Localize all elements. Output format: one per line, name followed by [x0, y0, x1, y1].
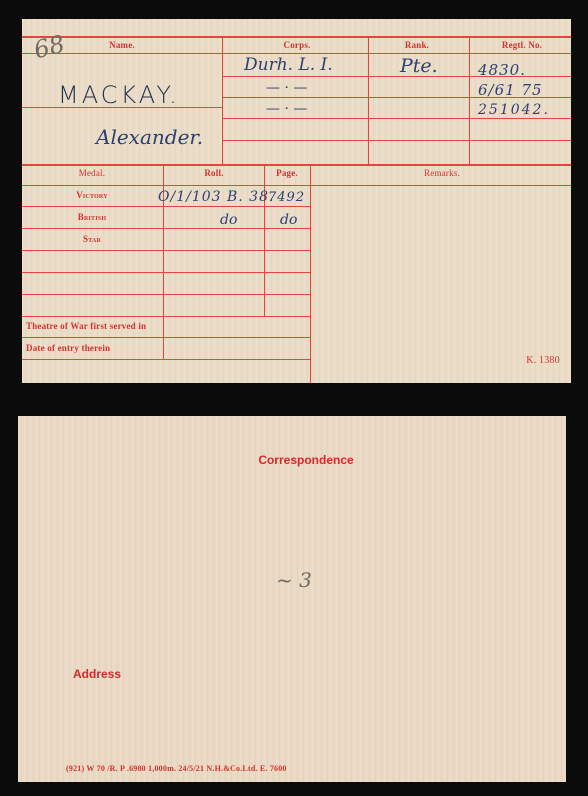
page-value: do	[280, 212, 297, 228]
form-number: K. 1380	[518, 355, 568, 366]
rule	[222, 118, 571, 119]
remarks-header: Remarks.	[402, 168, 482, 178]
rule	[310, 164, 311, 383]
printer-line: (921) W 70 /R. P .6980 1,000m. 24/5/21 N…	[66, 764, 406, 773]
rule	[22, 164, 571, 166]
pencil-note: ~ 3	[276, 568, 312, 592]
rule	[22, 337, 310, 338]
medal-star: Star	[52, 234, 132, 244]
rank-header: Rank.	[382, 40, 452, 50]
regtl-number: 6/61 75	[478, 81, 543, 99]
rule	[469, 36, 470, 164]
rank-value: Pte.	[400, 55, 438, 77]
corps-header: Corps.	[252, 40, 342, 50]
regtl-no-header: Regtl. No.	[482, 40, 562, 50]
rule	[22, 294, 310, 295]
roll-value: do	[220, 212, 237, 228]
regtl-number: 251042.	[478, 102, 550, 118]
date-entry-label: Date of entry therein	[26, 343, 166, 353]
medal-card-back: Correspondence ~ 3 Address (921) W 70 /R…	[18, 416, 566, 782]
corps-entry: Durh. L. I.	[244, 55, 333, 75]
surname: MACKAY.	[58, 81, 180, 109]
rule	[368, 36, 369, 164]
rule	[22, 272, 310, 273]
rule	[222, 36, 223, 164]
rule	[22, 185, 571, 186]
pencil-number: 68	[31, 30, 67, 65]
theatre-label: Theatre of War first served in	[26, 321, 166, 331]
rule	[22, 36, 571, 38]
corps-entry: — · —	[266, 80, 307, 96]
regtl-number: 4830.	[478, 61, 526, 79]
rule	[22, 206, 310, 207]
name-header: Name.	[82, 40, 162, 50]
rule	[22, 359, 310, 360]
page-header: Page.	[266, 168, 308, 178]
rule	[222, 140, 571, 141]
page-value: 7492	[268, 190, 305, 205]
roll-header: Roll.	[184, 168, 244, 178]
medal-header: Medal.	[62, 168, 122, 178]
correspondence-label: Correspondence	[18, 453, 588, 467]
rule	[22, 250, 310, 251]
medal-british: British	[52, 212, 132, 222]
medal-card-front: Name. Corps. Rank. Regtl. No. 68 MACKAY.…	[22, 19, 571, 383]
roll-value: O/1/103 B. 38.	[158, 189, 274, 205]
rule	[22, 228, 310, 229]
forename: Alexander.	[96, 125, 203, 149]
medal-victory: Victory	[52, 190, 132, 200]
rule	[22, 316, 310, 317]
address-label: Address	[73, 667, 121, 681]
corps-entry: — · —	[266, 101, 307, 117]
